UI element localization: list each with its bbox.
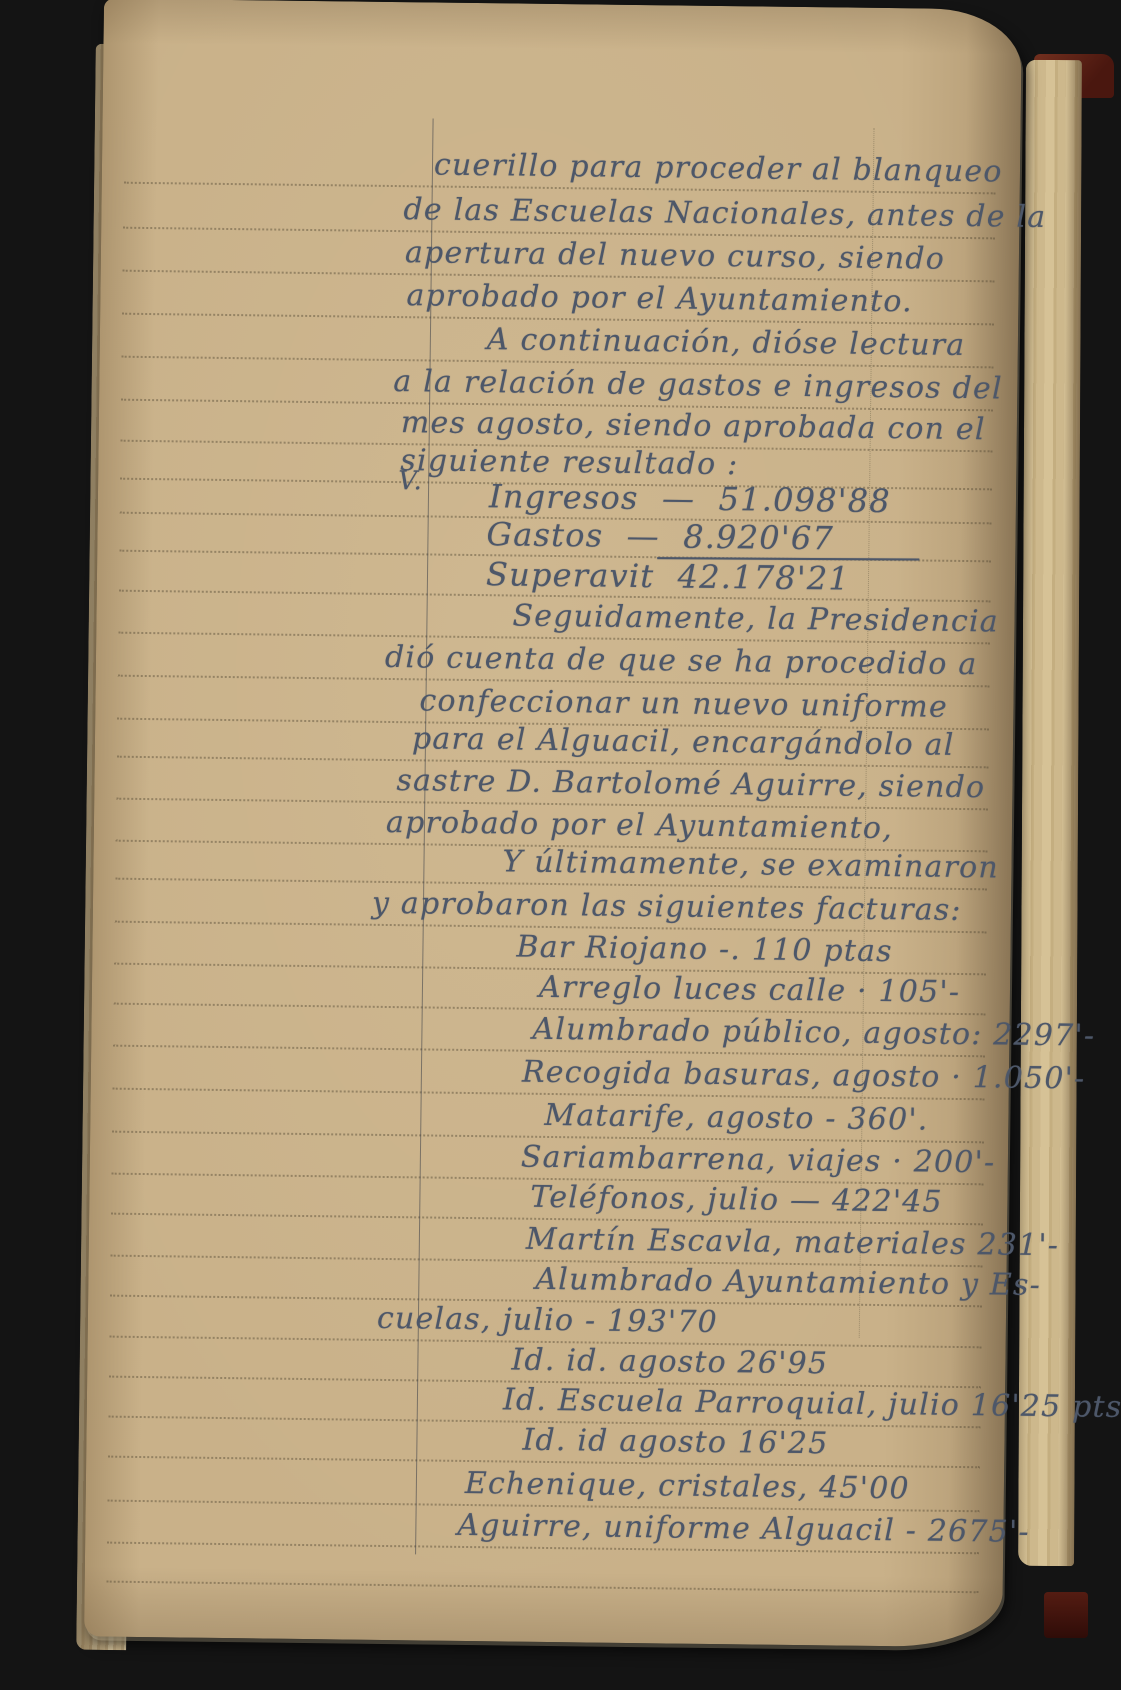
handwritten-line-superavit: Superavit 42.178'21 — [486, 557, 850, 595]
handwritten-line: cuerillo para proceder al blanqueo — [434, 148, 1003, 189]
handwritten-line: de las Escuelas Nacionales, antes de la — [403, 193, 1046, 235]
handwritten-line: Seguidamente, la Presidencia — [512, 599, 999, 639]
handwritten-line-ingresos: Ingresos — 51.098'88 — [489, 479, 891, 518]
invoice-line: Echenique, cristales, 45'00 — [465, 1467, 910, 1506]
handwritten-line: aprobado por el Ayuntamiento. — [406, 279, 913, 319]
handwriting-layer: cuerillo para proceder al blanqueo de la… — [104, 0, 1022, 10]
handwritten-line: para el Alguacil, encargándolo al — [412, 722, 955, 763]
invoice-line: Id. Escuela Parroquial, julio 16'25 pts — [503, 1383, 1121, 1425]
invoice-line: Id. id agosto 16'25 — [522, 1424, 828, 1462]
binding-detail-bottom — [1044, 1592, 1088, 1638]
invoice-line: Alumbrado público, agosto: 2297'- — [532, 1013, 1095, 1054]
invoice-line: cuelas, julio - 193'70 — [377, 1302, 718, 1340]
handwritten-line-gastos: Gastos — 8.920'67 — [486, 517, 834, 555]
invoice-line: Teléfonos, julio — 422'45 — [530, 1181, 943, 1220]
invoice-line: Matarife, agosto - 360'. — [544, 1099, 929, 1138]
handwritten-line: sastre D. Bartolomé Aguirre, siendo — [396, 764, 985, 805]
handwritten-line: confeccionar un nuevo uniforme — [419, 684, 948, 724]
invoice-line: Arreglo luces calle · 105'- — [539, 971, 961, 1010]
handwritten-line: siguiente resultado : — [400, 444, 738, 482]
handwritten-line: aprobado por el Ayuntamiento, — [386, 806, 893, 846]
handwritten-line: a la relación de gastos e ingresos del — [393, 365, 1003, 406]
handwritten-line: mes agosto, siendo aprobada con el — [401, 406, 986, 447]
handwritten-line: apertura del nuevo curso, siendo — [405, 236, 945, 277]
invoice-line: Sariambarrena, viajes · 200'- — [521, 1141, 996, 1181]
invoice-line: Martín Escavla, materiales 231'- — [526, 1223, 1060, 1264]
invoice-line: Recogida basuras, agosto · 1.050'- — [522, 1056, 1086, 1097]
invoice-line: Aguirre, uniforme Alguacil - 2675'- — [457, 1509, 1030, 1550]
handwritten-line: y aprobaron las siguientes facturas: — [372, 887, 962, 928]
handwritten-line: A continuación, dióse lectura — [487, 323, 966, 363]
invoice-line: Alumbrado Ayuntamiento y Es- — [535, 1263, 1041, 1303]
margin-mark: V. — [398, 464, 423, 498]
invoice-line: Bar Riojano -. 110 ptas — [516, 931, 893, 970]
handwritten-line: dió cuenta de que se ha procedido a — [385, 641, 978, 682]
ruled-line — [107, 1581, 979, 1594]
book-scan: cuerillo para proceder al blanqueo de la… — [0, 0, 1121, 1690]
ledger-page: cuerillo para proceder al blanqueo de la… — [84, 0, 1022, 1648]
handwritten-line: Y últimamente, se examinaron — [502, 845, 999, 885]
invoice-line: Id. id. agosto 26'95 — [511, 1344, 828, 1382]
ruled-lines — [104, 0, 1022, 10]
next-page-sliver — [1018, 60, 1082, 1566]
